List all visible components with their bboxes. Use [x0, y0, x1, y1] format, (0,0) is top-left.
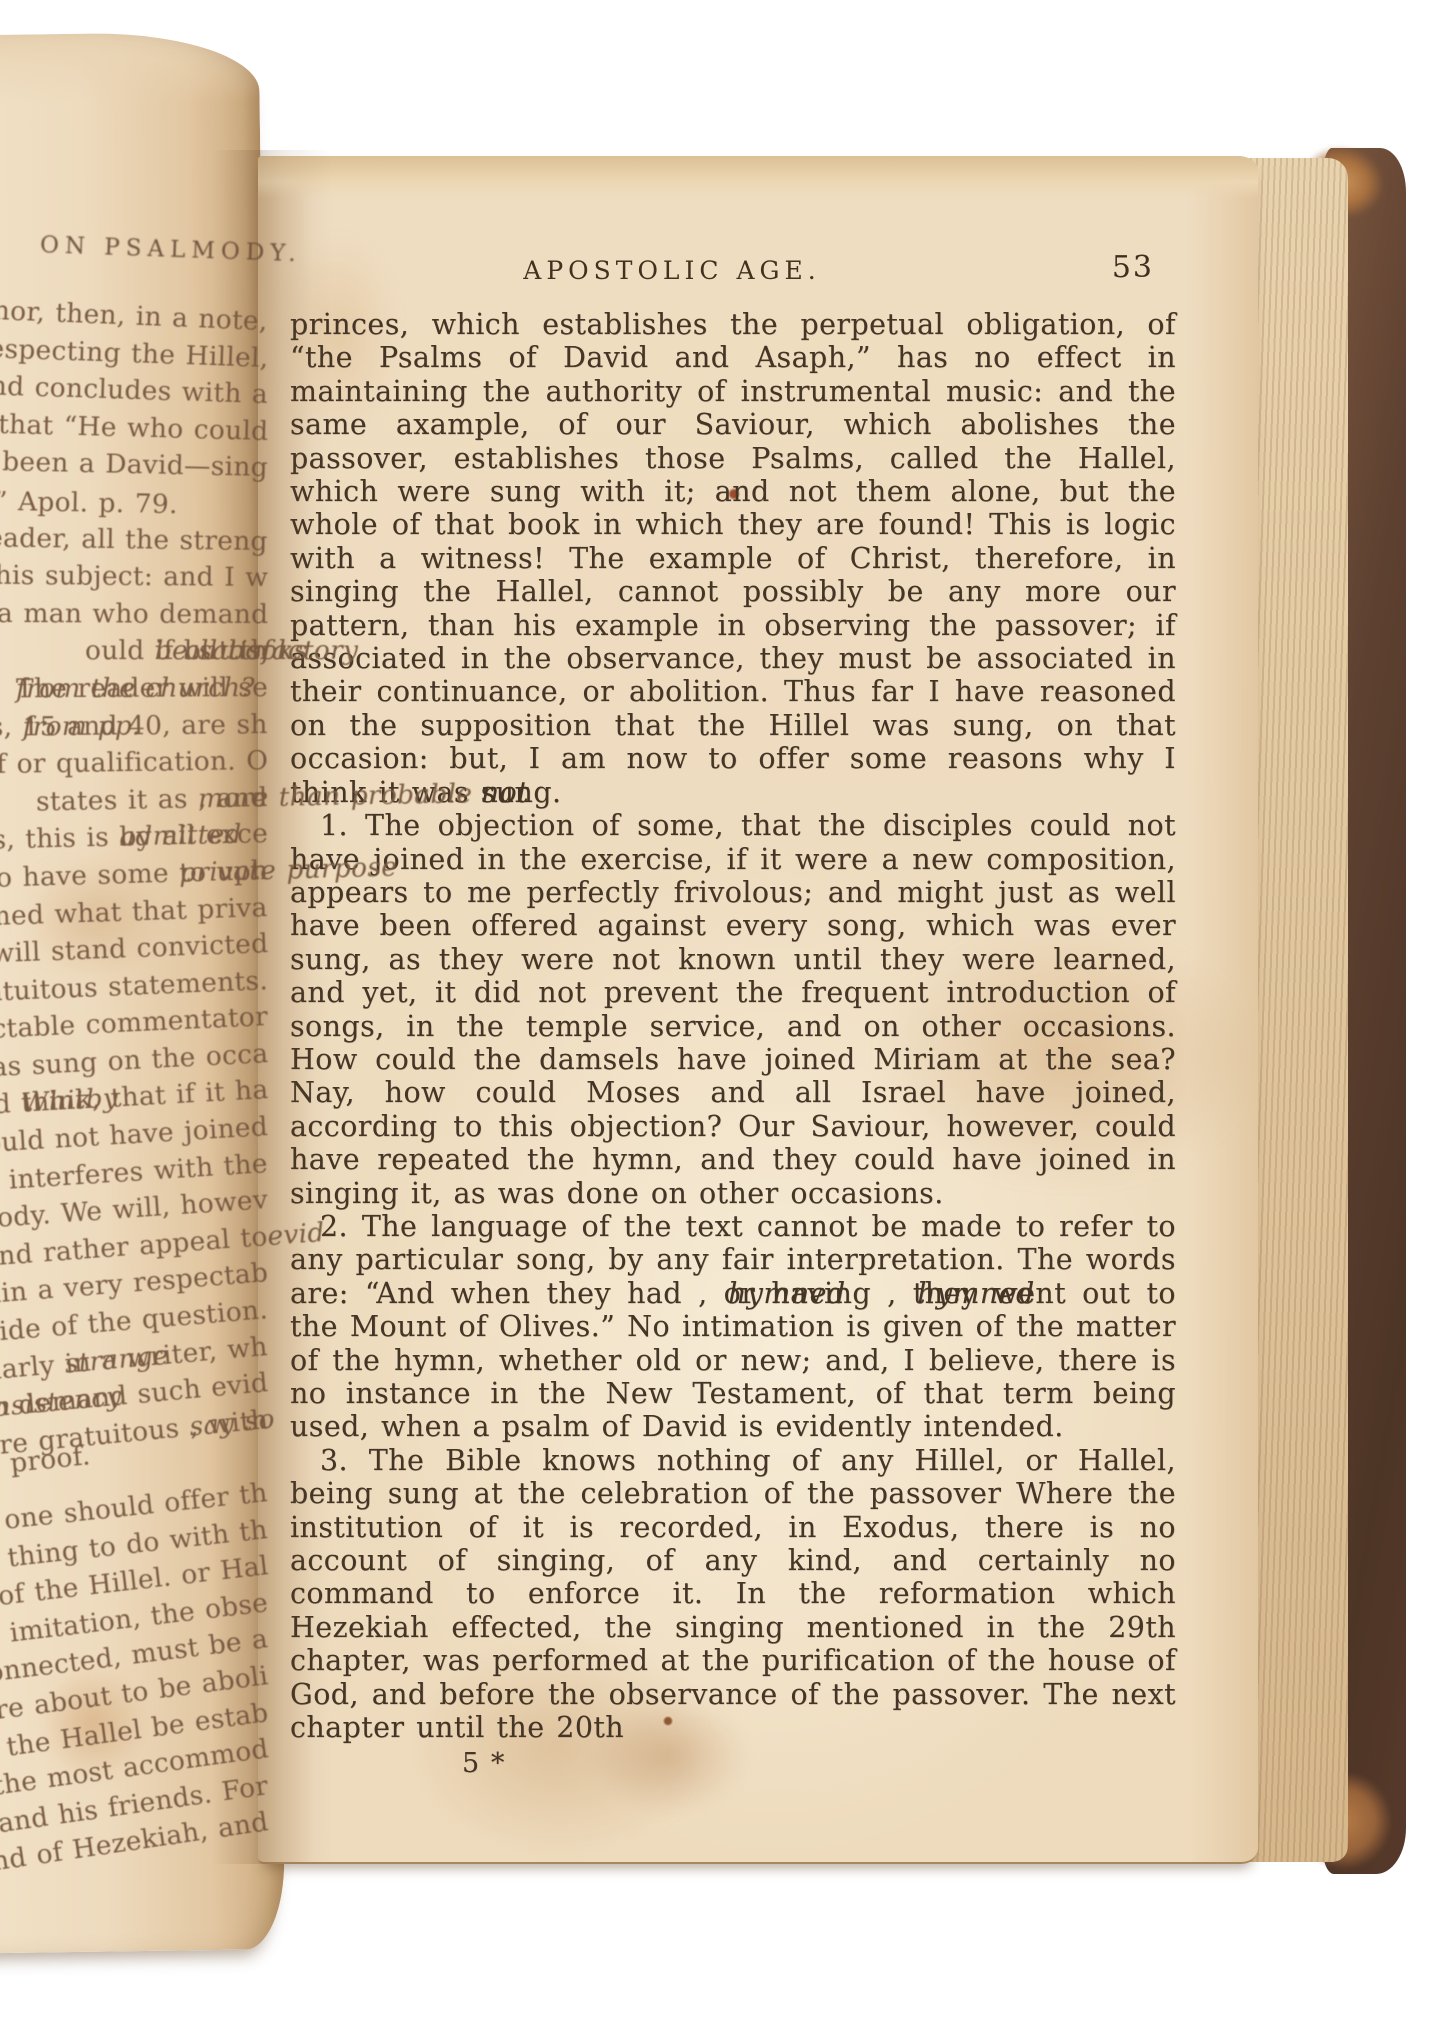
right-running-head: APOSTOLIC AGE. [172, 256, 1172, 285]
book-photograph: ON PSALMODY. denial.” Our author, then, … [0, 0, 1445, 2023]
paragraph: 1. The objection of some, that the disci… [290, 809, 1176, 1210]
text-line: vid.” Apol. p. 79. [0, 483, 178, 524]
paragraph: 2. The language of the text cannot be ma… [290, 1210, 1176, 1444]
right-page: APOSTOLIC AGE. 53 princes, which establi… [258, 156, 1258, 1864]
paragraph: princes, which establishes the perpetual… [290, 308, 1176, 809]
left-page-text: denial.” Our author, then, in a note,nt … [0, 304, 268, 1864]
signature-mark: 5 * [290, 1747, 1176, 1780]
right-page-text: princes, which establishes the perpetual… [290, 308, 1176, 1781]
text-line: ng proof. [0, 1438, 92, 1487]
text-line: from the church? The reader will se [16, 670, 268, 708]
text-line: the arguments, of a man who demand [0, 595, 268, 634]
text-line: ould be satisfactory if all books but th [85, 633, 268, 670]
text-line: ought forward on this subject: and I w [0, 556, 268, 597]
paragraph: 3. The Bible knows nothing of any Hillel… [290, 1444, 1176, 1745]
text-line: uotations, from pp. 15 and 40, are sh [0, 707, 268, 747]
page-number: 53 [1112, 250, 1154, 285]
text-line: states it as more than probable, and [36, 780, 268, 821]
text-line: laid before the reader, all the streng [0, 517, 268, 560]
